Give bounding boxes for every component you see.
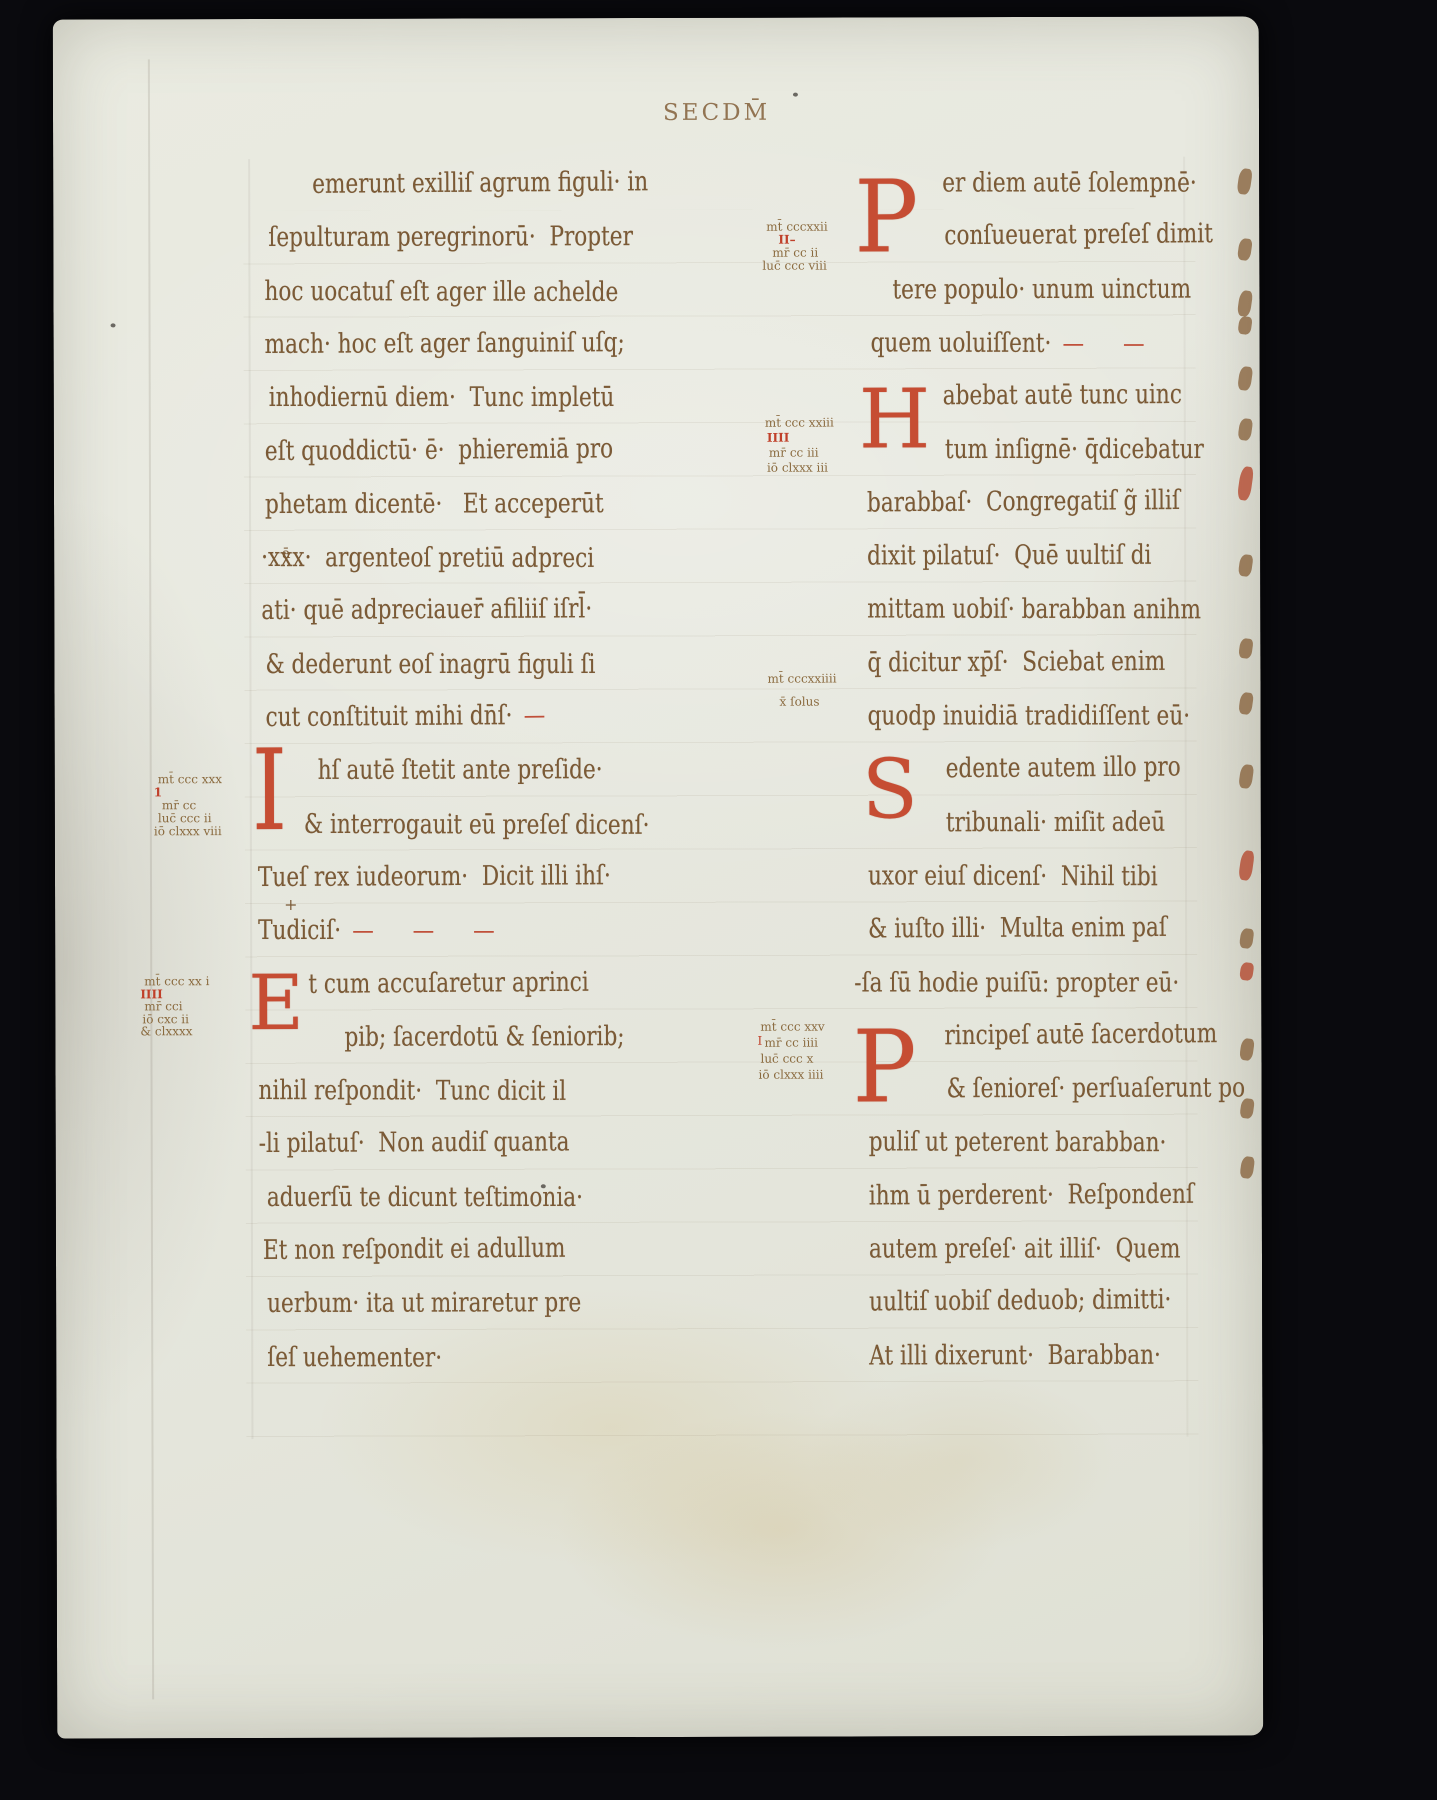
facing-page-ink-fragment: [1238, 850, 1255, 881]
canon-reference: mt̄ ccc xxv: [760, 1019, 824, 1035]
canon-reference: mr̄ cc iii: [769, 446, 834, 461]
text-line: -ſa ſū hodie puiſū: propter eū·: [854, 967, 1179, 998]
interlinear-mark: +: [284, 895, 297, 914]
text-line: tere populo· unum uinctum: [892, 273, 1191, 305]
illuminated-initial: P: [854, 177, 918, 257]
canon-reference: luc̄ ccc x: [760, 1051, 824, 1067]
illuminated-initial: E: [248, 973, 304, 1034]
text-line: autem preſeſ· ait illiſ· Quem: [869, 1233, 1181, 1264]
text-line: ſeſ uehementer·: [267, 1342, 442, 1373]
illuminated-initial: P: [852, 1027, 916, 1107]
text-line: quodp inuidiā tradidiſſent eū·: [868, 700, 1191, 731]
text-line: & iuſto illi· Multa enim paſ: [868, 912, 1167, 945]
text-line: hoc uocatuſ eſt ager ille achelde: [264, 276, 618, 308]
canon-reference: mr̄ cc iiii: [764, 1035, 824, 1051]
column-rule-right: [1183, 157, 1188, 1437]
text-line: eſt quoddictū· ē· phieremiā pro: [265, 433, 613, 467]
text-line: emerunt exilliſ agrum figuli· in: [312, 166, 648, 200]
line-filler-dash: —: [524, 700, 547, 731]
canon-reference: mt̄ cccxxiiii: [767, 668, 836, 691]
text-column: emerunt exilliſ agrum figuli· inſepultur…: [256, 168, 756, 169]
text-line: dixit pilatuſ· Quē uultiſ di: [867, 540, 1151, 572]
canon-number: IIII: [767, 431, 834, 446]
text-line: & ſenioreſ· perſuaſerunt po: [947, 1073, 1246, 1105]
canon-table-note: mt̄ ccc xxiiiIIIImr̄ cc iiiiō clxxx iii: [765, 416, 834, 476]
facing-page-ink-fragment: [1239, 1156, 1255, 1180]
canon-table-note: mt̄ cccxxiiII–mr̄ cc iiluc̄ ccc viii: [762, 221, 828, 273]
canon-reference: iō clxxx iiii: [758, 1067, 824, 1083]
line-filler-dash: — — —: [352, 915, 496, 946]
parchment-page: SECDM̄ emerunt exilliſ agrum figuli· inſ…: [53, 16, 1263, 1738]
text-line: mach· hoc eſt ager ſanguiniſ uſq;: [265, 327, 625, 360]
text-line: phetam dicentē· Et acceperūt: [265, 488, 604, 520]
facing-page-ink-fragment: [1237, 290, 1253, 318]
text-line: Tueſ rex iudeorum· Dicit illi ihſ·: [258, 860, 611, 893]
parchment-speck: [111, 323, 116, 327]
text-line: hſ autē ſtetit ante preſide·: [318, 754, 603, 786]
text-line: abebat autē tunc uinc: [943, 379, 1182, 411]
text-line: uultiſ uobiſ deduob; dimitti·: [869, 1284, 1171, 1317]
facing-page-ink-fragment: [1238, 638, 1254, 660]
canon-reference: mt̄ ccc xx i: [144, 975, 209, 988]
canon-reference: mt̄ ccc xxiii: [765, 416, 834, 431]
running-title: SECDM̄: [663, 100, 770, 126]
facing-page-ink-fragment: [1237, 366, 1253, 392]
margin-crease: [148, 59, 154, 1699]
facing-page-ink-fragment: [1237, 418, 1253, 442]
text-line: mittam uobiſ· barabban anihm: [867, 594, 1201, 626]
text-line: uerbum· ita ut miraretur pre: [267, 1287, 581, 1319]
text-line: edente autem illo pro: [946, 752, 1181, 785]
canon-reference: x̄ ſolus: [780, 691, 837, 714]
canon-reference: mt̄ ccc xxx: [158, 773, 222, 786]
text-line: inhodiernū diem· Tunc impletū: [269, 382, 615, 413]
canon-table-note: mt̄ cccxxiiiix̄ ſolus: [767, 668, 836, 714]
text-line: q̄ dicitur xp̄ſ· Sciebat enim: [867, 646, 1165, 679]
canon-reference: iō clxxx iii: [767, 461, 834, 476]
text-line: Tudiciſ·— — —: [258, 915, 496, 946]
manuscript-photo: { "page": { "header": "SECDM̄", "offset"…: [0, 0, 1437, 1800]
text-line: & interrogauit eū preſeſ dicenſ·: [304, 809, 650, 841]
text-line: At illi dixerunt· Barabban·: [869, 1339, 1161, 1371]
text-line: & dederunt eoſ inagrū figuli ſi: [265, 649, 595, 680]
facing-page-ink-fragment: [1239, 1098, 1255, 1120]
text-line: Et non reſpondit ei adullum: [263, 1233, 566, 1266]
illuminated-initial: H: [859, 387, 931, 453]
line-filler-dash: — —: [1063, 328, 1147, 359]
parchment-speck: [793, 93, 798, 97]
facing-page-ink-fragment: [1236, 168, 1252, 196]
text-line: tum inſignē· q̄dicebatur: [945, 434, 1204, 465]
text-line: uxor eiuſ dicenſ· Nihil tibi: [868, 860, 1158, 892]
text-line: ihm ū perderent· Reſpondenſ: [869, 1178, 1194, 1211]
text-line: t cum accuſaretur aprinci: [308, 966, 589, 999]
text-line: cut conſtituit mihi dn̄ſ·—: [265, 700, 546, 733]
canon-reference: & clxxxx: [140, 1025, 209, 1038]
text-line: rincipeſ autē ſacerdotum: [944, 1018, 1217, 1051]
facing-page-ink-fragment: [1237, 466, 1255, 501]
text-line: barabbaſ· Congregatiſ g̃ illiſ: [867, 485, 1180, 518]
text-line: nihil reſpondit· Tunc dicit il: [259, 1075, 567, 1107]
facing-page-ink-fragment: [1238, 764, 1254, 790]
text-line: conſueuerat preſeſ dimit: [944, 218, 1213, 251]
text-line: -li pilatuſ· Non audiſ quanta: [259, 1127, 570, 1160]
facing-page-ink-fragment: [1238, 692, 1254, 716]
illuminated-initial: I: [252, 747, 288, 837]
text-line: er diem autē ſolempnē·: [942, 167, 1197, 198]
facing-page-ink-fragment: [1239, 962, 1254, 982]
canon-reference: luc̄ ccc viii: [762, 260, 827, 273]
text-line: puliſ ut peterent barabban·: [869, 1127, 1167, 1159]
text-line: quem uoluiſſent·— —: [871, 327, 1147, 359]
facing-page-ink-fragment: [1239, 1038, 1255, 1062]
parchment-speck: [541, 1184, 546, 1188]
text-line: ati· quē adpreciauer̄ afiliiſ iſrl̄·: [261, 594, 592, 627]
canon-reference: mt̄ cccxxii: [766, 221, 827, 234]
text-line: ·xxx· argenteoſ pretiū adpreci: [261, 542, 594, 574]
illuminated-initial: S: [862, 757, 918, 823]
text-line: aduerſū te dicunt teſtimonia·: [267, 1182, 583, 1213]
facing-page-ink-fragment: [1238, 554, 1254, 578]
canon-reference: iō clxxx viii: [154, 825, 222, 838]
text-line: ſepulturam peregrinorū· Propter: [268, 221, 633, 253]
interlinear-mark: ā: [282, 546, 290, 562]
facing-page-ink-fragment: [1239, 928, 1255, 950]
canon-reference: mr̄ cci: [144, 1000, 209, 1013]
canon-table-note: mt̄ ccc xxx1mr̄ ccluc̄ ccc iiiō clxxx vi…: [152, 773, 222, 838]
text-column: er diem autē ſolempnē·conſueuerat preſeſ…: [866, 166, 1366, 167]
canon-table-note: mt̄ ccc xx iIIIImr̄ cciiō cxc ii& clxxxx: [140, 975, 209, 1038]
facing-page-ink-fragment: [1237, 238, 1253, 262]
text-line: tribunali· miſit adeū: [946, 806, 1165, 838]
facing-page-ink-fragment: [1237, 316, 1252, 336]
text-line: pib; ſacerdotū & ſeniorib;: [344, 1021, 624, 1053]
rubric-mark: I: [757, 1034, 762, 1048]
canon-table-note: mt̄ ccc xxvmr̄ cc iiiiluc̄ ccc xiō clxxx…: [758, 1019, 824, 1083]
